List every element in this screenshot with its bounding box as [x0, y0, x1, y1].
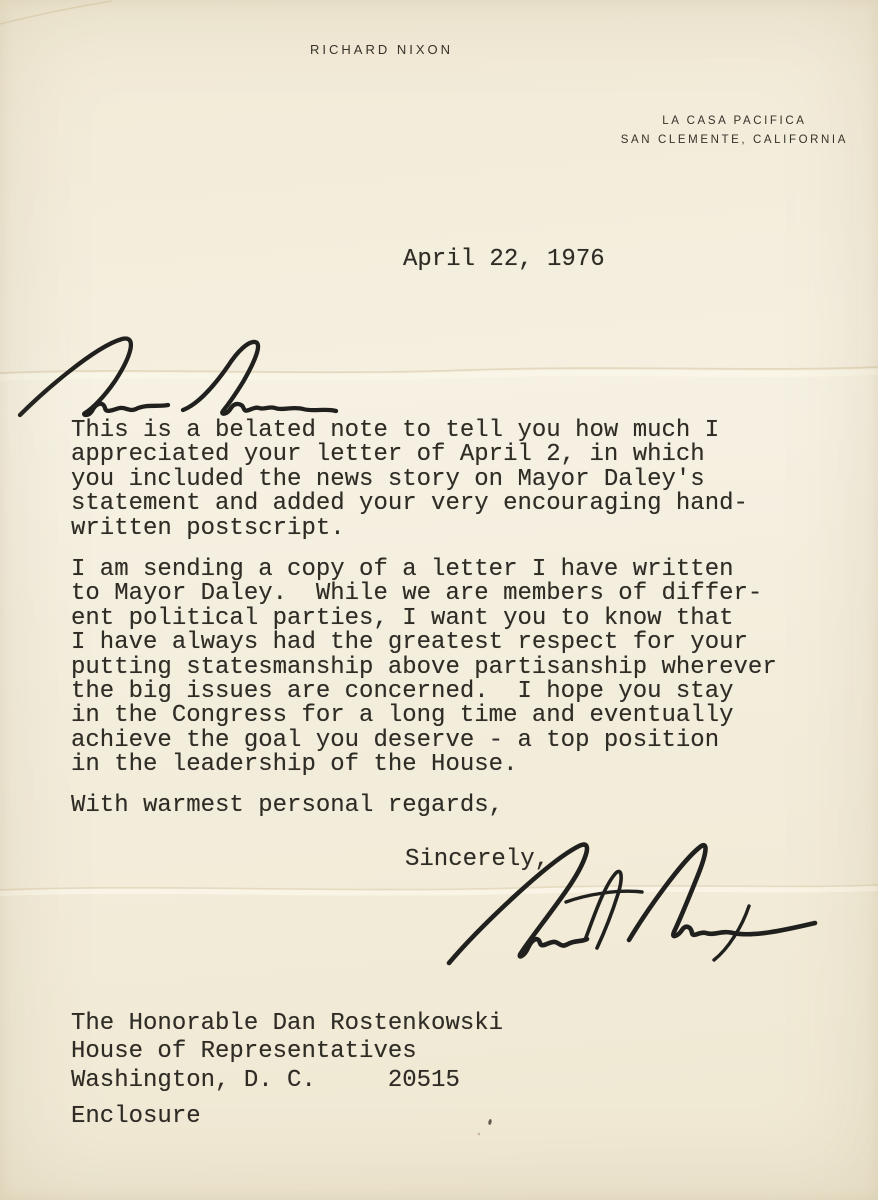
enclosure-note: Enclosure [71, 1103, 201, 1131]
letterhead-address-line2: SAN CLEMENTE, CALIFORNIA [621, 134, 848, 146]
salutation-handwriting [16, 333, 346, 425]
letter-paper: RICHARD NIXON LA CASA PACIFICA SAN CLEME… [0, 0, 878, 1200]
letterhead-address: LA CASA PACIFICA SAN CLEMENTE, CALIFORNI… [621, 112, 848, 150]
signoff-line: Sincerely, [405, 848, 549, 872]
letterhead-address-line1: LA CASA PACIFICA [662, 115, 806, 127]
signature-second-loop-tail [629, 845, 815, 940]
ink-speck [488, 1119, 492, 1126]
letterhead-name: RICHARD NIXON [310, 42, 453, 57]
closing-line: With warmest personal regards, [71, 794, 503, 818]
fold-crease-bottom [0, 885, 878, 890]
dan-stroke [183, 342, 336, 414]
dear-stroke [20, 338, 168, 415]
fold-crease-top-highlight [0, 372, 878, 378]
fold-crease-top [0, 367, 878, 373]
signature-crossbar [566, 891, 642, 902]
body-paragraph-2: I am sending a copy of a letter I have w… [71, 558, 777, 778]
date-line: April 22, 1976 [403, 248, 605, 272]
fold-crease-bottom-highlight [0, 888, 878, 893]
recipient-address: The Honorable Dan Rostenkowski House of … [71, 1010, 503, 1095]
body-paragraph-1: This is a belated note to tell you how m… [71, 419, 748, 541]
paper-speck [478, 1133, 480, 1136]
signature-descender [714, 906, 749, 960]
signature-ascender [585, 871, 621, 948]
corner-crease [0, 1, 112, 24]
